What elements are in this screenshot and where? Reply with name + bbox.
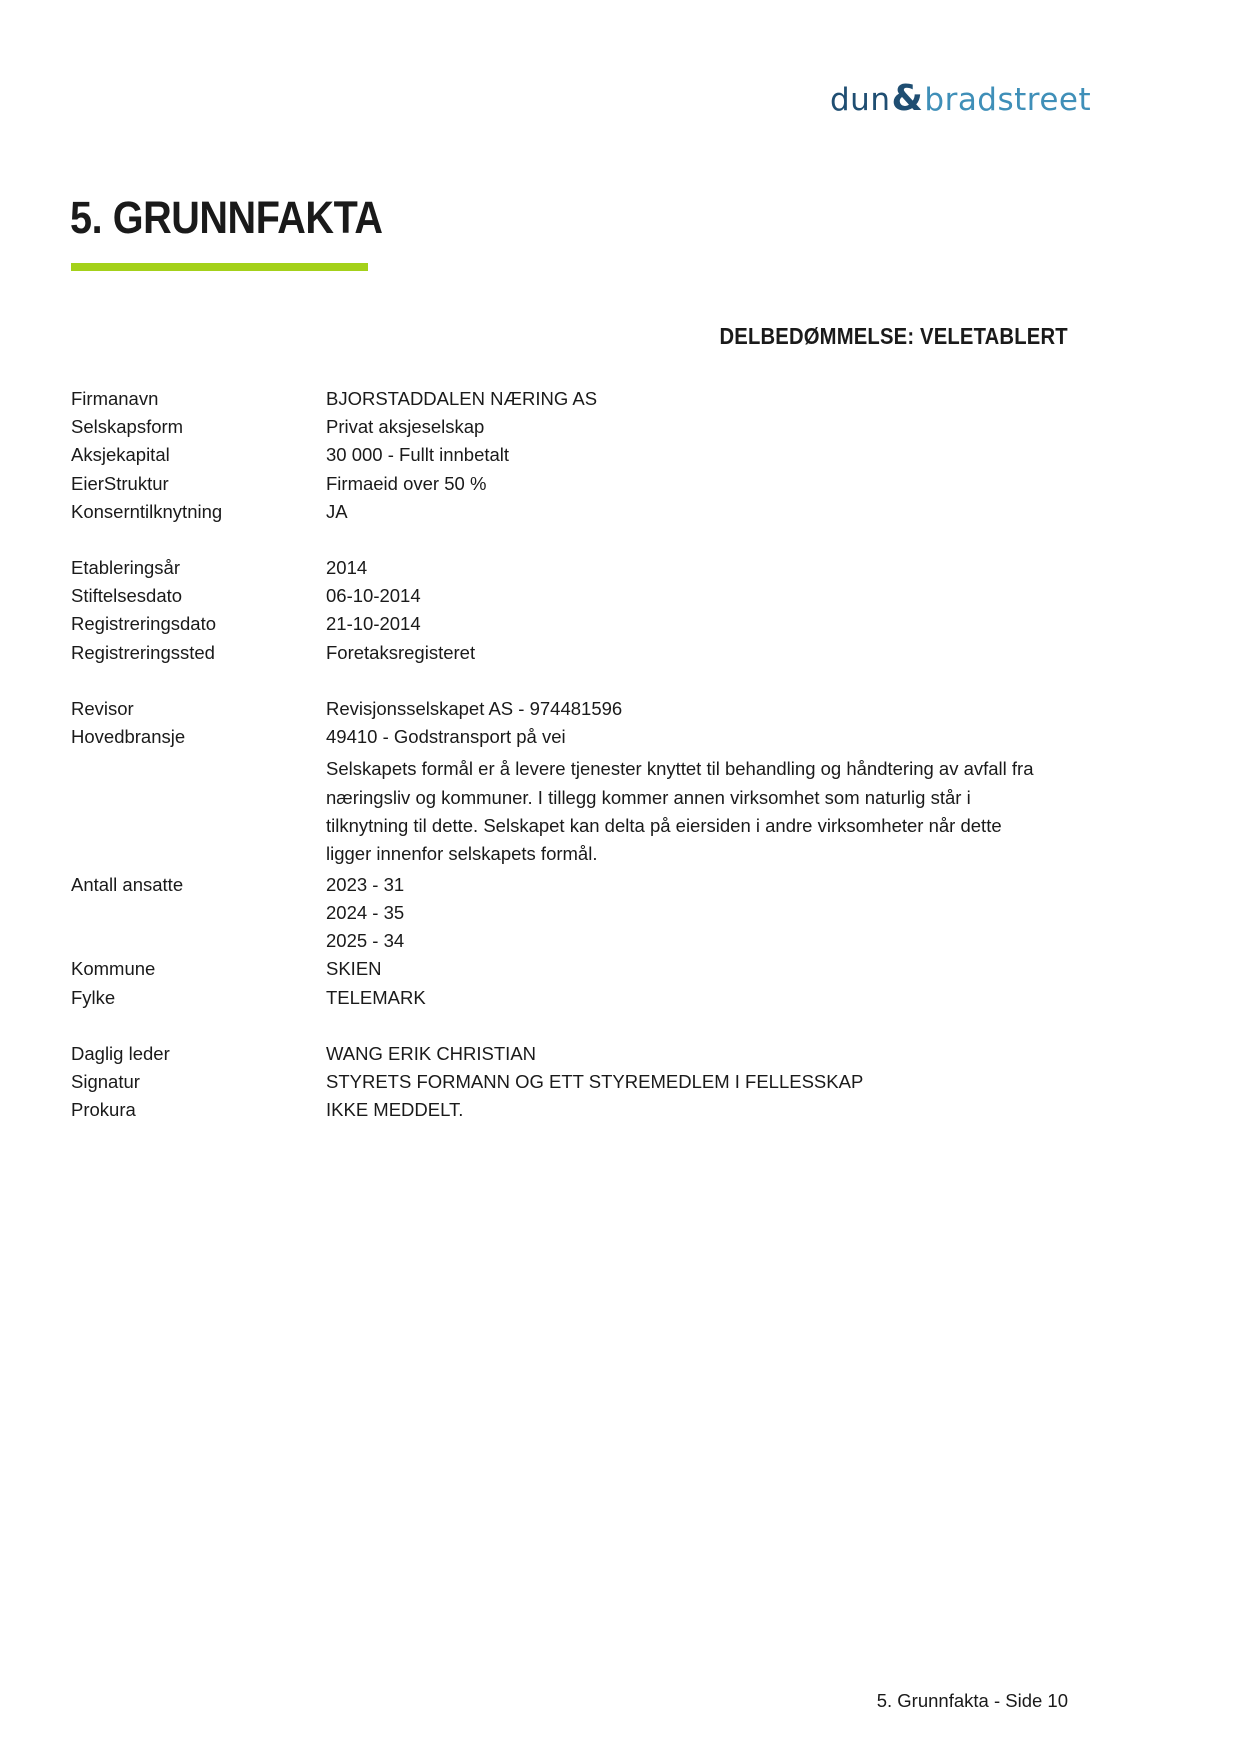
facts-group-business: RevisorRevisjonsselskapet AS - 974481596…	[71, 695, 1071, 956]
fact-value: BJORSTADDALEN NÆRING AS	[326, 385, 1071, 413]
fact-label: Hovedbransje	[71, 723, 326, 751]
fact-row: RegistreringsstedForetaksregisteret	[71, 639, 1071, 667]
fact-value: 06-10-2014	[326, 582, 1071, 610]
fact-label: Prokura	[71, 1096, 326, 1124]
fact-row: SelskapsformPrivat aksjeselskap	[71, 413, 1071, 441]
logo-text-bradstreet: bradstreet	[924, 82, 1091, 118]
fact-value: JA	[326, 498, 1071, 526]
fact-label: Registreringsdato	[71, 610, 326, 638]
fact-row: Aksjekapital30 000 - Fullt innbetalt	[71, 441, 1071, 469]
fact-label: Selskapsform	[71, 413, 326, 441]
fact-label: Konserntilknytning	[71, 498, 326, 526]
fact-value: STYRETS FORMANN OG ETT STYREMEDLEM I FEL…	[326, 1068, 1071, 1096]
fact-label: Stiftelsesdato	[71, 582, 326, 610]
facts-table: FirmanavnBJORSTADDALEN NÆRING AS Selskap…	[71, 385, 1071, 1152]
section-title: 5. GRUNNFAKTA	[70, 192, 383, 244]
dun-bradstreet-logo: dun&bradstreet	[830, 78, 1091, 122]
company-purpose-text: Selskapets formål er å levere tjenester …	[71, 751, 1046, 871]
fact-label: Revisor	[71, 695, 326, 723]
fact-row: Registreringsdato21-10-2014	[71, 610, 1071, 638]
employees-year-value: 2025 - 34	[326, 927, 1071, 955]
fact-label: Registreringssted	[71, 639, 326, 667]
fact-row: KommuneSKIEN	[71, 955, 1071, 983]
fact-label: Kommune	[71, 955, 326, 983]
fact-value: TELEMARK	[326, 984, 1071, 1012]
fact-row: RevisorRevisjonsselskapet AS - 974481596	[71, 695, 1071, 723]
fact-row: EierStrukturFirmaeid over 50 %	[71, 470, 1071, 498]
fact-row: ProkuraIKKE MEDDELT.	[71, 1096, 1071, 1124]
facts-group-company: FirmanavnBJORSTADDALEN NÆRING AS Selskap…	[71, 385, 1071, 526]
fact-label: Antall ansatte	[71, 871, 326, 956]
title-accent-bar	[71, 263, 368, 271]
fact-value: 2014	[326, 554, 1071, 582]
fact-value: Privat aksjeselskap	[326, 413, 1071, 441]
fact-row: FylkeTELEMARK	[71, 984, 1071, 1012]
fact-value: 30 000 - Fullt innbetalt	[326, 441, 1071, 469]
fact-row-employees: Antall ansatte 2023 - 31 2024 - 35 2025 …	[71, 871, 1071, 956]
fact-value: Foretaksregisteret	[326, 639, 1071, 667]
employees-year-value: 2024 - 35	[326, 899, 1071, 927]
fact-label: Firmanavn	[71, 385, 326, 413]
fact-row: Daglig lederWANG ERIK CHRISTIAN	[71, 1040, 1071, 1068]
facts-group-registration: Etableringsår2014 Stiftelsesdato06-10-20…	[71, 554, 1071, 667]
fact-row: FirmanavnBJORSTADDALEN NÆRING AS	[71, 385, 1071, 413]
fact-row: Etableringsår2014	[71, 554, 1071, 582]
fact-row: SignaturSTYRETS FORMANN OG ETT STYREMEDL…	[71, 1068, 1071, 1096]
facts-group-location: KommuneSKIEN FylkeTELEMARK	[71, 955, 1071, 1011]
fact-value: Firmaeid over 50 %	[326, 470, 1071, 498]
page-footer: 5. Grunnfakta - Side 10	[877, 1690, 1068, 1712]
logo-text-dun: dun	[830, 82, 890, 118]
fact-row: Hovedbransje49410 - Godstransport på vei	[71, 723, 1071, 751]
fact-value-employees: 2023 - 31 2024 - 35 2025 - 34	[326, 871, 1071, 956]
fact-value: 49410 - Godstransport på vei	[326, 723, 1071, 751]
fact-value: IKKE MEDDELT.	[326, 1096, 1071, 1124]
employees-year-value: 2023 - 31	[326, 871, 1071, 899]
fact-label: Signatur	[71, 1068, 326, 1096]
fact-value: Revisjonsselskapet AS - 974481596	[326, 695, 1071, 723]
fact-row: KonserntilknytningJA	[71, 498, 1071, 526]
subrating-heading: DELBEDØMMELSE: VELETABLERT	[720, 323, 1068, 350]
facts-group-management: Daglig lederWANG ERIK CHRISTIAN Signatur…	[71, 1040, 1071, 1125]
fact-value: 21-10-2014	[326, 610, 1071, 638]
logo-ampersand-icon: &	[891, 78, 923, 119]
fact-label: Daglig leder	[71, 1040, 326, 1068]
fact-label: EierStruktur	[71, 470, 326, 498]
fact-value: WANG ERIK CHRISTIAN	[326, 1040, 1071, 1068]
fact-label: Etableringsår	[71, 554, 326, 582]
fact-value: SKIEN	[326, 955, 1071, 983]
fact-row: Stiftelsesdato06-10-2014	[71, 582, 1071, 610]
fact-label: Fylke	[71, 984, 326, 1012]
fact-label: Aksjekapital	[71, 441, 326, 469]
